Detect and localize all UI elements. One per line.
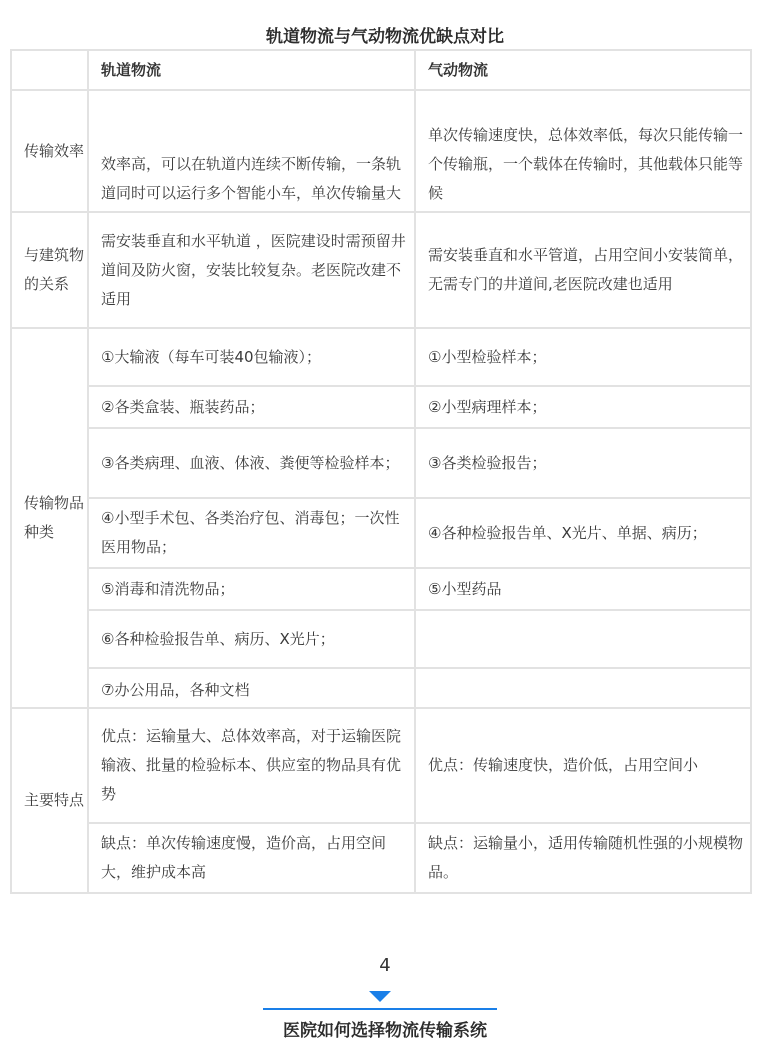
table-header-row: 轨道物流 气动物流	[11, 50, 751, 90]
header-empty	[11, 50, 88, 90]
header-rail: 轨道物流	[88, 50, 415, 90]
table-row-feature: 主要特点 优点：运输量大、总体效率高，对于运输医院输液、批量的检验标本、供应室的…	[11, 708, 751, 823]
table-row-item: ⑤消毒和清洗物品； ⑤小型药品	[11, 568, 751, 610]
table-row-item: ④小型手术包、各类治疗包、消毒包；一次性医用物品； ④各种检验报告单、X光片、单…	[11, 498, 751, 568]
row-label-items: 传输物品种类	[11, 328, 88, 708]
cell-building-rail: 需安装垂直和水平轨道 ，医院建设时需预留井道间及防火窗，安装比较复杂。老医院改建…	[88, 212, 415, 328]
cell-item-rail: ⑦办公用品，各种文档	[88, 668, 415, 708]
cell-item-rail: ⑥各种检验报告单、病历、X光片；	[88, 610, 415, 668]
table-row-feature: 缺点：单次传输速度慢，造价高，占用空间大，维护成本高 缺点：运输量小，适用传输随…	[11, 823, 751, 893]
cell-feature-pneumatic: 优点：传输速度快，造价低，占用空间小	[415, 708, 751, 823]
cell-feature-rail: 缺点：单次传输速度慢，造价高，占用空间大，维护成本高	[88, 823, 415, 893]
cell-item-pneumatic	[415, 668, 751, 708]
cell-item-rail: ①大输液（每车可装40包输液）；	[88, 328, 415, 386]
cell-efficiency-rail: 效率高，可以在轨道内连续不断传输，一条轨道同时可以运行多个智能小车，单次传输量大	[88, 90, 415, 212]
table-title: 轨道物流与气动物流优缺点对比	[0, 22, 770, 47]
table-row-item: ⑦办公用品，各种文档	[11, 668, 751, 708]
cell-item-pneumatic: ③各类检验报告；	[415, 428, 751, 498]
cell-efficiency-pneumatic: 单次传输速度快，总体效率低，每次只能传输一个传输瓶，一个载体在传输时，其他载体只…	[415, 90, 751, 212]
table-row-item: ②各类盒装、瓶装药品； ②小型病理样本；	[11, 386, 751, 428]
row-label-efficiency: 传输效率	[11, 90, 88, 212]
header-pneumatic: 气动物流	[415, 50, 751, 90]
table-row-item: 传输物品种类 ①大输液（每车可装40包输液）； ①小型检验样本；	[11, 328, 751, 386]
triangle-down-icon	[369, 991, 391, 1002]
cell-feature-pneumatic: 缺点：运输量小，适用传输随机性强的小规模物品。	[415, 823, 751, 893]
cell-item-pneumatic	[415, 610, 751, 668]
cell-item-rail: ④小型手术包、各类治疗包、消毒包；一次性医用物品；	[88, 498, 415, 568]
row-label-building: 与建筑物的关系	[11, 212, 88, 328]
cell-item-pneumatic: ⑤小型药品	[415, 568, 751, 610]
table-row-item: ⑥各种检验报告单、病历、X光片；	[11, 610, 751, 668]
cell-item-rail: ③各类病理、血液、体液、粪便等检验样本；	[88, 428, 415, 498]
cell-item-rail: ⑤消毒和清洗物品；	[88, 568, 415, 610]
cell-item-pneumatic: ②小型病理样本；	[415, 386, 751, 428]
page-number: 4	[0, 955, 770, 976]
comparison-table: 轨道物流 气动物流 传输效率 效率高，可以在轨道内连续不断传输，一条轨道同时可以…	[10, 49, 752, 894]
table-row-item: ③各类病理、血液、体液、粪便等检验样本； ③各类检验报告；	[11, 428, 751, 498]
divider	[263, 1008, 497, 1010]
table-row-efficiency: 传输效率 效率高，可以在轨道内连续不断传输，一条轨道同时可以运行多个智能小车，单…	[11, 90, 751, 212]
cell-item-rail: ②各类盒装、瓶装药品；	[88, 386, 415, 428]
cell-item-pneumatic: ④各种检验报告单、X光片、单据、病历；	[415, 498, 751, 568]
cell-item-pneumatic: ①小型检验样本；	[415, 328, 751, 386]
cell-feature-rail: 优点：运输量大、总体效率高，对于运输医院输液、批量的检验标本、供应室的物品具有优…	[88, 708, 415, 823]
table-row-building: 与建筑物的关系 需安装垂直和水平轨道 ，医院建设时需预留井道间及防火窗，安装比较…	[11, 212, 751, 328]
section-title: 医院如何选择物流传输系统	[0, 1016, 770, 1041]
row-label-features: 主要特点	[11, 708, 88, 893]
cell-building-pneumatic: 需安装垂直和水平管道，占用空间小安装简单，无需专门的井道间,老医院改建也适用	[415, 212, 751, 328]
